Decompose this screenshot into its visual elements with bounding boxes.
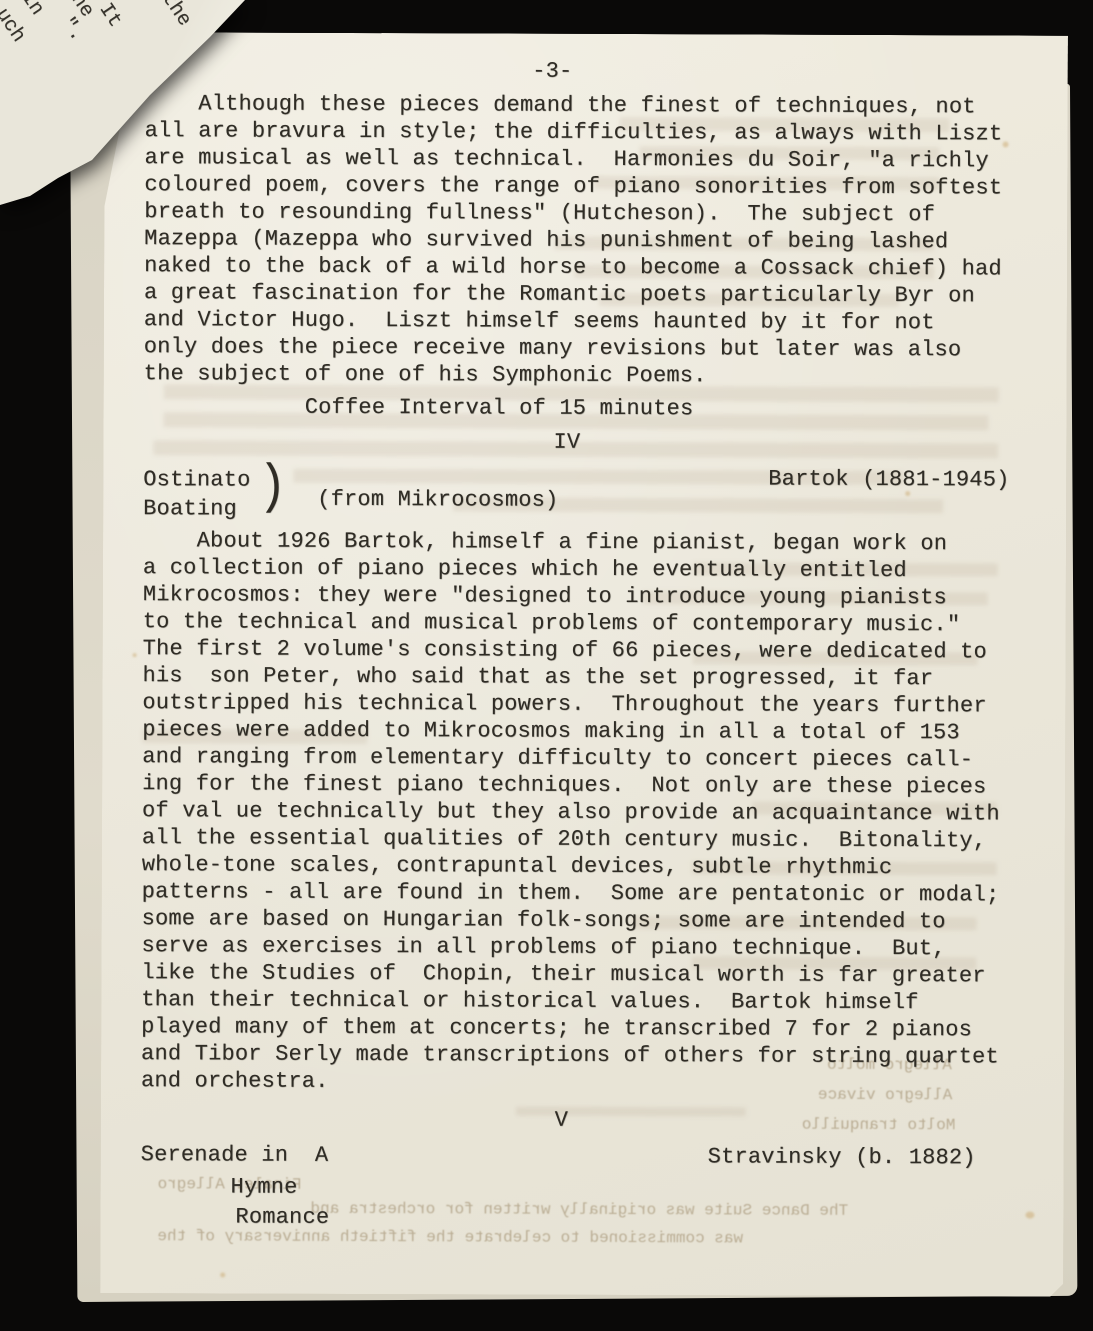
paragraph-liszt: Although these pieces demand the finest … <box>144 90 1003 390</box>
fold-text-fragment: the <box>156 0 195 31</box>
paragraph-bartok: About 1926 Bartok, himself a fine pianis… <box>141 527 1001 1097</box>
section-v-movement-1: Hymne <box>231 1173 298 1200</box>
interval-line: Coffee Interval of 15 minutes <box>18 393 981 424</box>
section-iv-source: (from Mikrocosmos) <box>317 486 558 514</box>
section-v-movement-2: Romance <box>235 1204 329 1231</box>
section-iv-composer: Bartok (1881-1945) <box>768 466 1009 494</box>
stain <box>220 1272 225 1277</box>
scanned-book-photo: { "document": { "page_number": "-3-", "p… <box>0 0 1093 1331</box>
fold-text-fragment: in <box>16 0 48 20</box>
stain <box>133 653 137 657</box>
stain <box>1025 1212 1034 1219</box>
fold-text-fragment: It <box>94 0 126 32</box>
section-v-composer: Stravinsky (b. 1882) <box>708 1143 976 1171</box>
section-v-numeral: V <box>80 1105 1043 1136</box>
section-iv-numeral: IV <box>85 427 1048 458</box>
section-v-title: Serenade in A <box>141 1141 329 1169</box>
previous-page-fold: the It he ". in uch <box>0 0 260 225</box>
section-iv-works: Ostinato Boating <box>143 465 250 523</box>
folded-paper-corner: the It he ". in uch <box>0 0 250 215</box>
ghost-text-line: The Dance Suite was originally written f… <box>310 1199 848 1221</box>
stain <box>1003 141 1009 147</box>
works-brace: ) <box>258 461 286 515</box>
